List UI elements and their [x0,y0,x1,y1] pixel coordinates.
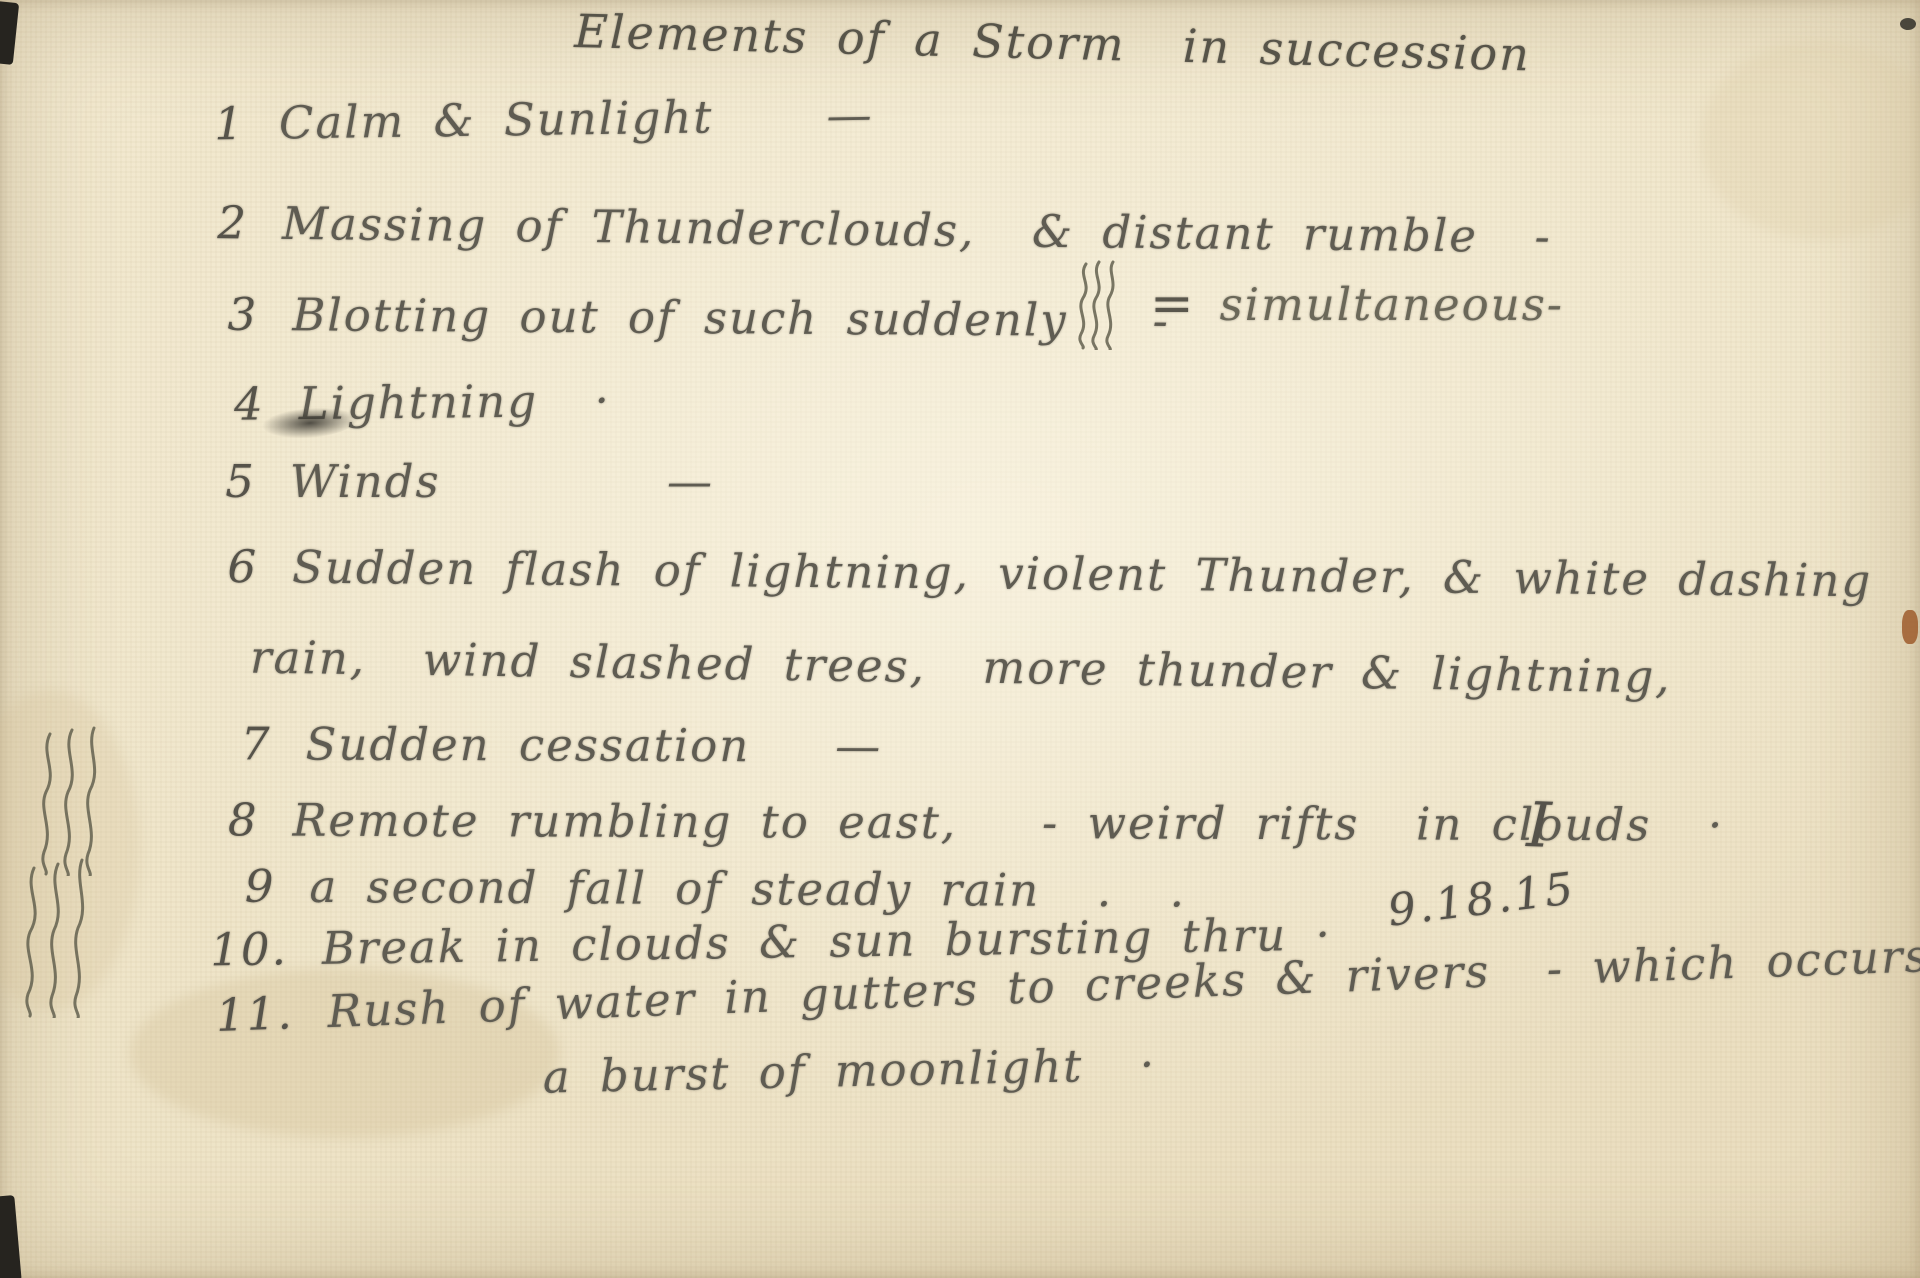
stain [1700,40,1920,240]
corner-mark-top-left [0,1,19,65]
item-text: a burst of moonlight · [542,1038,1156,1104]
equals-sign: = [1150,274,1194,334]
wavy-bracket-icon [1072,258,1124,350]
legend-label: simultaneous- [1220,278,1564,331]
note-card: Elements of a Storm in succession 1Calm … [0,0,1920,1278]
list-item-11-continued: a burst of moonlight · [428,985,1158,1159]
edge-mark-top-right [1900,18,1916,30]
item-number: 11. [215,986,294,1042]
simultaneous-legend: = simultaneous- [1072,258,1564,350]
page-numeral: I [1525,788,1554,862]
simultaneous-marker-items-8-9 [34,726,120,876]
corner-mark-bottom-left [0,1195,22,1278]
rust-spot [1902,610,1918,644]
item-text: Calm & Sunlight — [279,88,874,149]
